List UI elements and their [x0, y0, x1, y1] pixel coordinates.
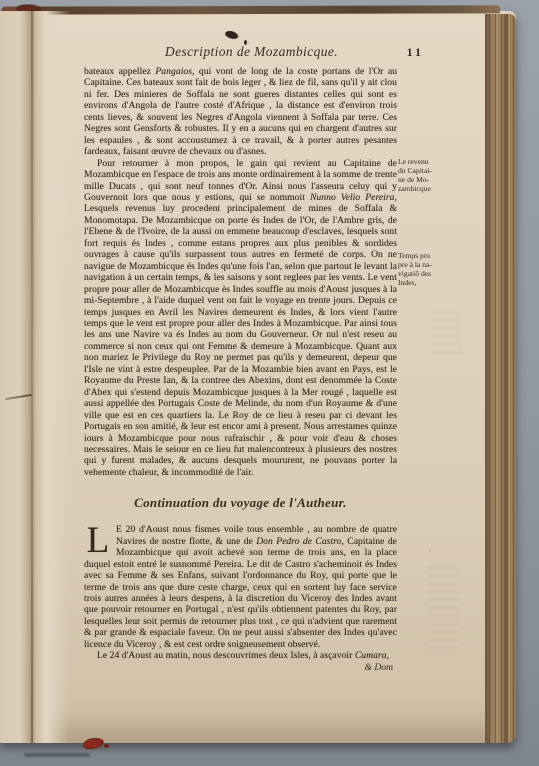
watermark	[24, 753, 90, 757]
margin-note-revenue: Le revenudu Capitai-ne de Mo-zambicque	[398, 158, 446, 194]
section-heading: Continuation du voyage de l'Autheur.	[84, 495, 397, 511]
page-number: 11	[407, 45, 424, 60]
running-header: Description de Mozambicque. 11	[84, 44, 397, 66]
verso-show-through	[428, 567, 458, 653]
text-block: Description de Mozambicque. 11 bateaux a…	[84, 44, 397, 673]
book-page: Description de Mozambicque. 11 bateaux a…	[0, 11, 516, 743]
margin-note-navigation: Temps propre à la na-vigatiõ desIndes,	[398, 252, 446, 288]
page-gutter	[0, 11, 70, 743]
verso-show-through	[432, 311, 462, 355]
fore-edge-page-stack	[485, 14, 516, 743]
paragraph-pangaios: bateaux appellez Pangaios, qui vont de l…	[84, 66, 397, 158]
book-photograph: Description de Mozambicque. 11 bateaux a…	[0, 0, 539, 766]
paragraph-departure: LE 20 d'Aoust nous fismes voile tous ens…	[84, 524, 397, 650]
drop-cap-letter: L	[84, 526, 112, 557]
catchword: & Dom	[84, 662, 397, 673]
book-top-edge	[1, 5, 500, 14]
ink-blot-dot	[244, 40, 247, 45]
red-stain-droplet	[104, 744, 109, 748]
paragraph-islands: Le 24 d'Aoust au matin, nous descouvrime…	[84, 650, 397, 661]
paragraph-captain-revenue: Pour retourner à mon propos, le gain qui…	[84, 158, 397, 479]
page-title: Description de Mozambicque.	[95, 44, 408, 60]
